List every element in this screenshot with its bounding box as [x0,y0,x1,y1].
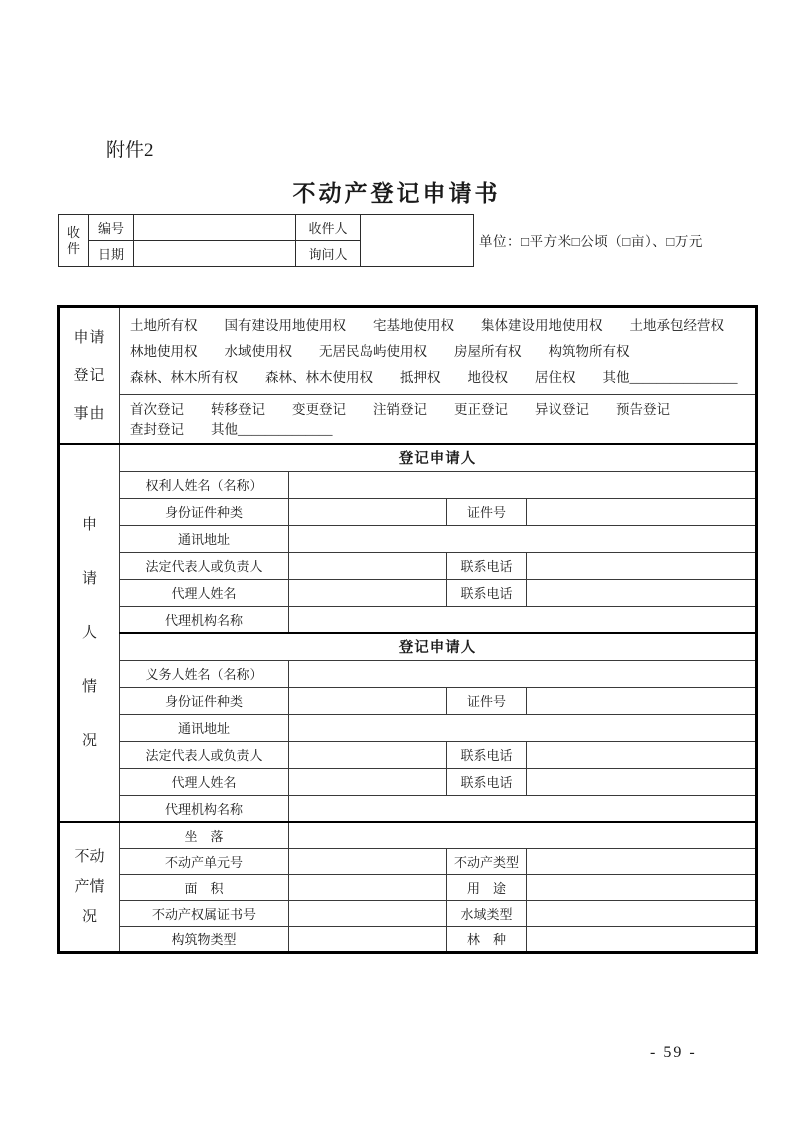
table-row: 首次登记 转移登记 变更登记 注销登记 更正登记 异议登记 预告登记 查封登记 … [59,395,757,445]
field-value-cell [289,552,447,579]
field-value-cell [134,215,296,241]
field-label: 询问人 [296,241,361,267]
field-label: 身份证件种类 [120,687,289,714]
field-label: 通讯地址 [120,525,289,552]
field-label: 面 积 [120,874,289,900]
table-row: 通讯地址 [59,714,757,741]
table-row: 法定代表人或负责人 联系电话 [59,741,757,768]
field-label: 通讯地址 [120,714,289,741]
registration-options-cell: 首次登记 转移登记 变更登记 注销登记 更正登记 异议登记 预告登记 查封登记 … [120,395,757,445]
table-row: 身份证件种类 证件号 [59,687,757,714]
page-title: 不动产登记申请书 [0,175,793,208]
field-value-cell [289,714,757,741]
unit-note: 单位：□平方米□公顷（□亩）、□万元 [479,230,703,250]
field-value-cell [527,874,757,900]
registration-options-line: 首次登记 转移登记 变更登记 注销登记 更正登记 异议登记 预告登记 [130,400,745,420]
field-label: 代理人姓名 [120,579,289,606]
block-header: 登记申请人 [120,444,757,471]
field-value-cell [134,241,296,267]
field-value-cell [289,498,447,525]
field-label: 联系电话 [447,579,527,606]
table-row: 构筑物类型 林 种 [59,926,757,952]
receipt-table: 收件 编号 收件人 日期 询问人 [58,214,474,267]
field-label: 用 途 [447,874,527,900]
table-row: 申请 登记 事由 土地所有权 国有建设用地使用权 宅基地使用权 集体建设用地使用… [59,307,757,395]
field-value-cell [527,687,757,714]
rights-options-cell: 土地所有权 国有建设用地使用权 宅基地使用权 集体建设用地使用权 土地承包经营权… [120,307,757,395]
field-label: 不动产权属证书号 [120,900,289,926]
field-value-cell [527,741,757,768]
field-value-cell [289,848,447,874]
field-label: 代理机构名称 [120,795,289,822]
table-row: 身份证件种类 证件号 [59,498,757,525]
field-value-cell [527,848,757,874]
field-value-cell [289,525,757,552]
document-page: 附件2 不动产登记申请书 收件 编号 收件人 日期 询问人 单位：□平方米□公顷… [0,0,793,1122]
field-value-cell [289,606,757,633]
field-label: 证件号 [447,498,527,525]
field-label: 法定代表人或负责人 [120,741,289,768]
field-value-cell [289,471,757,498]
rights-options-line: 林地使用权 水域使用权 无居民岛屿使用权 房屋所有权 构筑物所有权 [130,339,745,365]
field-label: 日期 [89,241,134,267]
receipt-row: 收件 编号 收件人 [59,215,474,241]
table-row: 代理机构名称 [59,606,757,633]
field-value-cell [527,768,757,795]
table-row: 通讯地址 [59,525,757,552]
field-label: 收件人 [296,215,361,241]
field-label: 坐 落 [120,822,289,848]
field-value-cell [289,926,447,952]
field-value-cell [527,498,757,525]
table-row: 代理人姓名 联系电话 [59,579,757,606]
field-label: 联系电话 [447,741,527,768]
field-value-cell [527,926,757,952]
table-row: 申 请 人 情 况 登记申请人 [59,444,757,471]
applicant-side-label: 申 请 人 情 况 [59,444,120,822]
field-value-cell [527,900,757,926]
field-label: 联系电话 [447,768,527,795]
field-label: 不动产单元号 [120,848,289,874]
table-row: 义务人姓名（名称） [59,660,757,687]
field-label: 不动产类型 [447,848,527,874]
field-value-cell [289,741,447,768]
table-row: 面 积 用 途 [59,874,757,900]
field-value-cell [289,822,757,848]
field-value-cell [289,579,447,606]
field-value-cell [527,552,757,579]
field-label: 身份证件种类 [120,498,289,525]
field-value-cell [527,579,757,606]
block-header: 登记申请人 [120,633,757,660]
field-label: 法定代表人或负责人 [120,552,289,579]
main-form-table: 申请 登记 事由 土地所有权 国有建设用地使用权 宅基地使用权 集体建设用地使用… [57,305,758,954]
field-label: 林 种 [447,926,527,952]
field-value-cell [289,900,447,926]
table-row: 不动 产情 况 坐 落 [59,822,757,848]
field-label: 证件号 [447,687,527,714]
reason-side-label: 申请 登记 事由 [59,307,120,445]
table-row: 不动产单元号 不动产类型 [59,848,757,874]
table-row: 代理人姓名 联系电话 [59,768,757,795]
field-value-cell [361,215,474,267]
field-label: 权利人姓名（名称） [120,471,289,498]
field-value-cell [289,660,757,687]
registration-options-line: 查封登记 其他______________ [130,420,745,440]
field-label: 联系电话 [447,552,527,579]
field-value-cell [289,795,757,822]
field-label: 代理人姓名 [120,768,289,795]
page-number: - 59 - [650,1044,697,1062]
rights-options-line: 土地所有权 国有建设用地使用权 宅基地使用权 集体建设用地使用权 土地承包经营权 [130,313,745,339]
field-label: 水域类型 [447,900,527,926]
field-value-cell [289,874,447,900]
table-row: 法定代表人或负责人 联系电话 [59,552,757,579]
field-value-cell [289,687,447,714]
attachment-label: 附件2 [106,135,154,162]
table-row: 代理机构名称 [59,795,757,822]
field-label: 义务人姓名（名称） [120,660,289,687]
table-row: 权利人姓名（名称） [59,471,757,498]
field-label: 构筑物类型 [120,926,289,952]
property-side-label: 不动 产情 况 [59,822,120,952]
field-value-cell [289,768,447,795]
field-label: 编号 [89,215,134,241]
field-label: 代理机构名称 [120,606,289,633]
table-row: 不动产权属证书号 水域类型 [59,900,757,926]
rights-options-line: 森林、林木所有权 森林、林木使用权 抵押权 地役权 居住权 其他________… [130,365,745,391]
receipt-side-label: 收件 [59,215,89,267]
table-row: 登记申请人 [59,633,757,660]
